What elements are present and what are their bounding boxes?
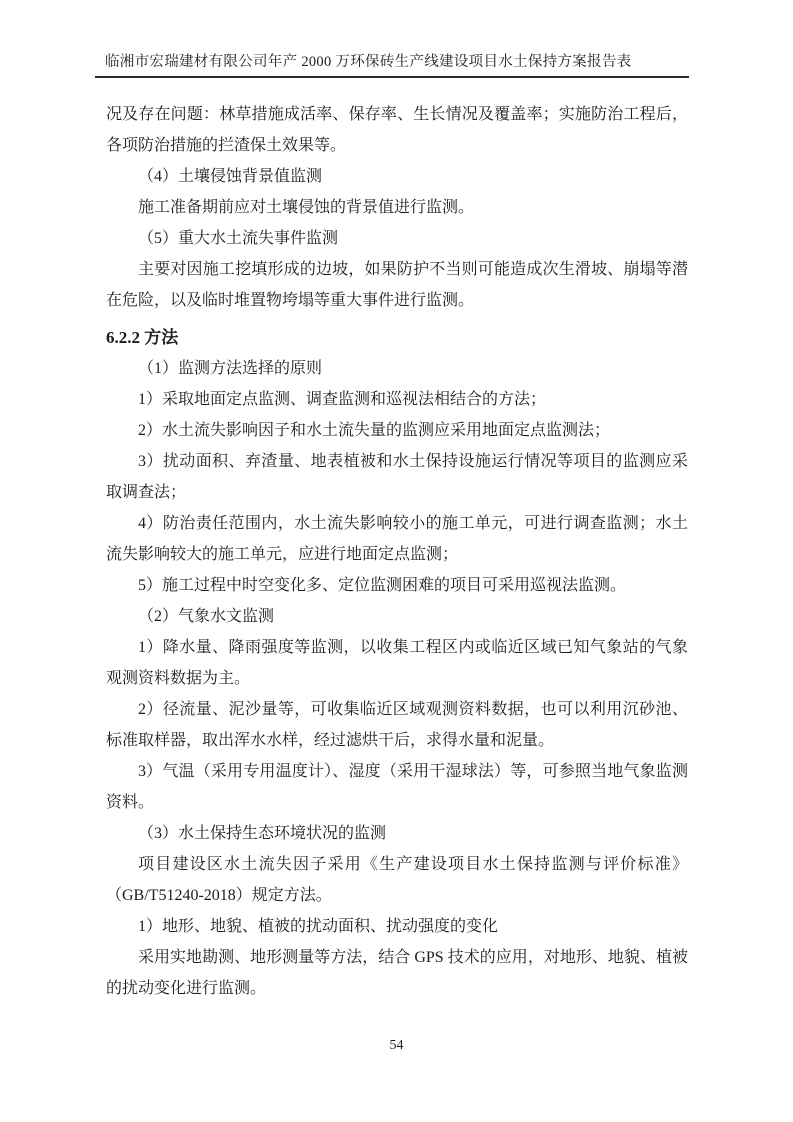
paragraph: 项目建设区水土流失因子采用《生产建设项目水土保持监测与评价标准》（GB/T512… — [106, 849, 688, 911]
paragraph: （3）水土保持生态环境状况的监测 — [106, 818, 688, 849]
paragraph: （4）土壤侵蚀背景值监测 — [106, 161, 688, 192]
page-footer: 54 — [0, 1036, 793, 1054]
paragraph: 况及存在问题：林草措施成活率、保存率、生长情况及覆盖率；实施防治工程后，各项防治… — [106, 99, 688, 161]
paragraph: （2）气象水文监测 — [106, 601, 688, 632]
paragraph: 2）径流量、泥沙量等，可收集临近区域观测资料数据，也可以利用沉砂池、标准取样器，… — [106, 694, 688, 756]
paragraph: 4）防治责任范围内，水土流失影响较小的施工单元，可进行调查监测；水土流失影响较大… — [106, 508, 688, 570]
paragraph: 3）气温（采用专用温度计）、湿度（采用干湿球法）等，可参照当地气象监测资料。 — [106, 756, 688, 818]
document-page: 临湘市宏瑞建材有限公司年产 2000 万环保砖生产线建设项目水土保持方案报告表 … — [0, 0, 793, 1122]
page-header-title: 临湘市宏瑞建材有限公司年产 2000 万环保砖生产线建设项目水土保持方案报告表 — [95, 50, 689, 71]
page-number: 54 — [390, 1038, 404, 1053]
page-header: 临湘市宏瑞建材有限公司年产 2000 万环保砖生产线建设项目水土保持方案报告表 — [95, 50, 689, 78]
paragraph: （5）重大水土流失事件监测 — [106, 223, 688, 254]
paragraph: 2）水土流失影响因子和水土流失量的监测应采用地面定点监测法； — [106, 415, 688, 446]
document-body: 况及存在问题：林草措施成活率、保存率、生长情况及覆盖率；实施防治工程后，各项防治… — [106, 99, 688, 1004]
paragraph: 施工准备期前应对土壤侵蚀的背景值进行监测。 — [106, 192, 688, 223]
paragraph: 5）施工过程中时空变化多、定位监测困难的项目可采用巡视法监测。 — [106, 570, 688, 601]
paragraph: 主要对因施工挖填形成的边坡，如果防护不当则可能造成次生滑坡、崩塌等潜在危险，以及… — [106, 254, 688, 316]
paragraph: 1）采取地面定点监测、调查监测和巡视法相结合的方法； — [106, 384, 688, 415]
section-heading: 6.2.2 方法 — [106, 322, 688, 353]
paragraph: （1）监测方法选择的原则 — [106, 353, 688, 384]
paragraph: 1）降水量、降雨强度等监测，以收集工程区内或临近区域已知气象站的气象观测资料数据… — [106, 632, 688, 694]
paragraph: 采用实地勘测、地形测量等方法，结合 GPS 技术的应用，对地形、地貌、植被的扰动… — [106, 942, 688, 1004]
paragraph: 3）扰动面积、弃渣量、地表植被和水土保持设施运行情况等项目的监测应采取调查法； — [106, 446, 688, 508]
paragraph: 1）地形、地貌、植被的扰动面积、扰动强度的变化 — [106, 911, 688, 942]
